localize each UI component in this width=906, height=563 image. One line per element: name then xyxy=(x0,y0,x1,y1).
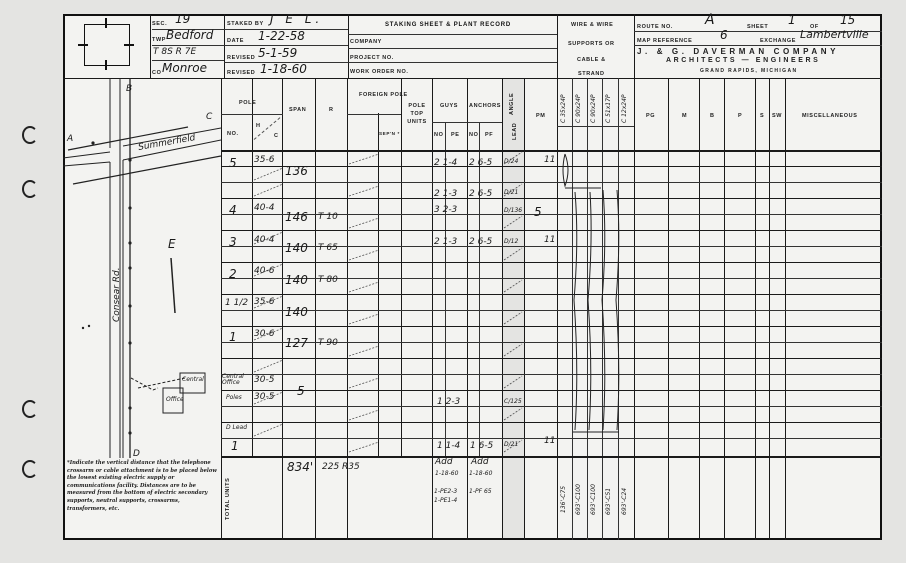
col-foreign-pole: FOREIGN POLE xyxy=(359,92,408,98)
revised-label-2: REVISED xyxy=(227,70,255,76)
sheet-value: 1 xyxy=(788,13,796,27)
firm-name: J. & G. DAVERMAN COMPANY xyxy=(637,47,839,56)
col-p: P xyxy=(738,113,742,119)
col-cable-3: C 90x24P xyxy=(590,94,597,123)
col-cable-1: C 35x24P xyxy=(560,94,567,123)
revised-value-2: 1-18-60 xyxy=(260,62,307,76)
row-10-pm: 11 xyxy=(544,436,555,446)
total-units-label: TOTAL UNITS xyxy=(225,478,231,520)
total-cable-3: 693'-C100 xyxy=(590,484,597,515)
totals-guys-item-2: 1-PE1-4 xyxy=(434,497,457,504)
total-cable-5: 693'-C24 xyxy=(621,488,628,515)
col-pole-no: NO. xyxy=(227,131,239,137)
col-cable-4: C 51x17P xyxy=(605,94,612,123)
wire-block-line-4: STRAND xyxy=(578,71,605,77)
total-cable-1: 136'-C75 xyxy=(560,486,567,513)
row-5-hc: 35-6 xyxy=(254,297,274,307)
row-2-pm: 5 xyxy=(534,205,542,219)
col-span: SPAN xyxy=(289,107,306,113)
twp-label: TWP xyxy=(152,37,166,43)
col-guys: GUYS xyxy=(440,103,458,109)
project-no-label: PROJECT NO. xyxy=(350,55,394,61)
row-3-hc: 40-4 xyxy=(254,235,274,245)
building-label-central: Central xyxy=(182,376,204,383)
revised-label-1: REVISED xyxy=(227,55,255,61)
map-reference-label: MAP REFERENCE xyxy=(637,38,692,44)
sec-value: 19 xyxy=(175,12,190,26)
col-guys-pe: PE xyxy=(451,132,460,138)
form-title: STAKING SHEET & PLANT RECORD xyxy=(385,22,511,28)
col-s: S xyxy=(760,113,764,119)
binder-hole xyxy=(22,180,38,198)
row-8-guys: 1 2-3 xyxy=(437,397,460,407)
row-3-pole-no: 3 xyxy=(229,235,237,249)
row-3-span: 140 xyxy=(285,241,308,255)
totals-anchors-add: Add xyxy=(471,457,489,467)
total-r: 225 R35 xyxy=(322,462,360,472)
wire-block-line-3: CABLE & xyxy=(577,57,606,63)
binder-hole xyxy=(22,126,38,144)
street-consear-rd: Consear Rd. xyxy=(112,267,122,322)
totals-guys-item-1: 1-PE2-3 xyxy=(434,488,457,495)
work-order-label: WORK ORDER NO. xyxy=(350,69,409,75)
row-0-anchors: 2 6-5 xyxy=(469,158,492,168)
row-4-hc: 40-6 xyxy=(254,266,274,276)
row-1-guys: 2 1-3 xyxy=(434,189,457,199)
row-4-pole-no: 2 xyxy=(229,267,237,281)
col-sw: SW xyxy=(772,113,782,119)
row-3-r: T 65 xyxy=(318,243,338,253)
binder-hole xyxy=(22,460,38,478)
map-reference-value: 6 xyxy=(720,28,728,42)
col-b: B xyxy=(710,113,715,119)
row-5-pole-no: 1 1/2 xyxy=(225,298,248,308)
row-2-r: T 10 xyxy=(318,212,338,222)
row-3-anchors: 2 6-5 xyxy=(469,237,492,247)
col-m: M xyxy=(682,113,687,119)
total-cable-2: 693'-C100 xyxy=(575,484,582,515)
totals-guys-date: 1-18-60 xyxy=(435,470,458,477)
col-h: H xyxy=(256,123,261,129)
scanned-page: SEC. 19 TWP Bedford T 8S R 7E CO Monroe … xyxy=(0,0,906,563)
firm-subtitle: ARCHITECTS — ENGINEERS xyxy=(666,57,820,64)
row-10-guys: 1 1-4 xyxy=(437,441,460,451)
row-4-r: T 80 xyxy=(318,275,338,285)
col-miscellaneous: MISCELLANEOUS xyxy=(802,113,857,119)
row-1-anchors: 2 6-5 xyxy=(469,189,492,199)
col-cable-5: C 12x24P xyxy=(621,94,628,123)
row-2-guys: 3 2-3 xyxy=(434,205,457,215)
col-anchors: ANCHORS xyxy=(469,103,501,109)
col-pole: POLE xyxy=(239,100,256,106)
col-r: R xyxy=(329,107,334,113)
row-0-guys: 2 1-4 xyxy=(434,158,457,168)
revised-value-1: 5-1-59 xyxy=(258,46,297,60)
row-3-guys: 2 1-3 xyxy=(434,237,457,247)
map-label-c: C xyxy=(206,112,212,122)
footnote: *Indicate the vertical distance that the… xyxy=(67,460,217,513)
row-7-pole-no: Central Office xyxy=(222,374,252,386)
row-9-pole-no: D Lead xyxy=(226,424,247,431)
sheet-label: SHEET xyxy=(747,24,768,30)
exchange-label: EXCHANGE xyxy=(760,38,796,44)
company-label: COMPANY xyxy=(350,39,382,45)
map-label-b: B xyxy=(126,84,132,94)
row-8-hc: 30-5 xyxy=(254,392,274,402)
row-4-span: 140 xyxy=(285,273,308,287)
range-value: T 8S R 7E xyxy=(153,47,196,57)
route-no-value: A xyxy=(705,12,715,28)
col-cable-2: C 90x24P xyxy=(575,94,582,123)
row-6-hc: 30-6 xyxy=(254,329,274,339)
col-c: C xyxy=(274,133,279,139)
wire-block-line-1: WIRE & WIRE xyxy=(571,22,613,28)
col-pg: PG xyxy=(646,113,655,119)
row-2-hc: 40-4 xyxy=(254,203,274,213)
row-0-pole-no: 5 xyxy=(229,156,237,170)
map-label-d: D xyxy=(133,449,140,459)
binder-hole xyxy=(22,400,38,418)
col-pm: PM xyxy=(536,113,545,119)
row-3-pm: 11 xyxy=(544,235,555,245)
col-pole-top-units: POLE TOP UNITS xyxy=(405,102,429,126)
staked-by-value: J E L. xyxy=(270,12,323,26)
col-guys-no: NO xyxy=(434,132,443,138)
col-anchors-pf: PF xyxy=(485,132,493,138)
row-10-anchors: 1 6-5 xyxy=(470,441,493,451)
totals-guys-add: Add xyxy=(435,457,453,467)
row-0-pm: 11 xyxy=(544,155,555,165)
row-0-hc: 35-6 xyxy=(254,155,274,165)
co-label: CO xyxy=(152,70,161,76)
totals-anchors-item-1: 1-PF 65 xyxy=(469,488,492,495)
row-7-hc: 30-5 xyxy=(254,375,274,385)
date-value: 1-22-58 xyxy=(258,29,305,43)
row-0-span: 136 xyxy=(285,164,308,178)
col-anchors-no: NO xyxy=(469,132,478,138)
total-span: 834' xyxy=(287,460,313,474)
date-label: DATE xyxy=(227,38,244,44)
sec-label: SEC. xyxy=(152,21,167,27)
row-6-r: T 90 xyxy=(318,338,338,348)
row-10-pole-no: 1 xyxy=(231,439,239,453)
building-label-office: Office xyxy=(166,396,184,403)
row-2-span: 146 xyxy=(285,210,308,224)
staked-by-label: STAKED BY xyxy=(227,21,264,27)
wire-block-line-2: SUPPORTS OR xyxy=(568,41,615,47)
co-value: Monroe xyxy=(162,61,207,75)
map-label-a: A xyxy=(67,134,73,144)
row-2-pole-no: 4 xyxy=(229,203,237,217)
row-5-span: 140 xyxy=(285,305,308,319)
map-label-e: E xyxy=(168,237,176,251)
row-7-span: 5 xyxy=(297,384,305,398)
row-6-pole-no: 1 xyxy=(229,330,237,344)
row-6-span: 127 xyxy=(285,336,308,350)
col-separation: SEP'N * xyxy=(379,131,400,136)
row-8-pole-no: Poles xyxy=(226,394,242,401)
total-cable-4: 693'-C51 xyxy=(605,488,612,515)
of-value: 15 xyxy=(840,13,855,27)
twp-value: Bedford xyxy=(166,28,213,42)
exchange-value: Lambertville xyxy=(800,28,869,41)
firm-city: GRAND RAPIDS, MICHIGAN xyxy=(700,68,797,74)
totals-anchors-date: 1-18-60 xyxy=(469,470,492,477)
route-no-label: ROUTE NO. xyxy=(637,24,673,30)
